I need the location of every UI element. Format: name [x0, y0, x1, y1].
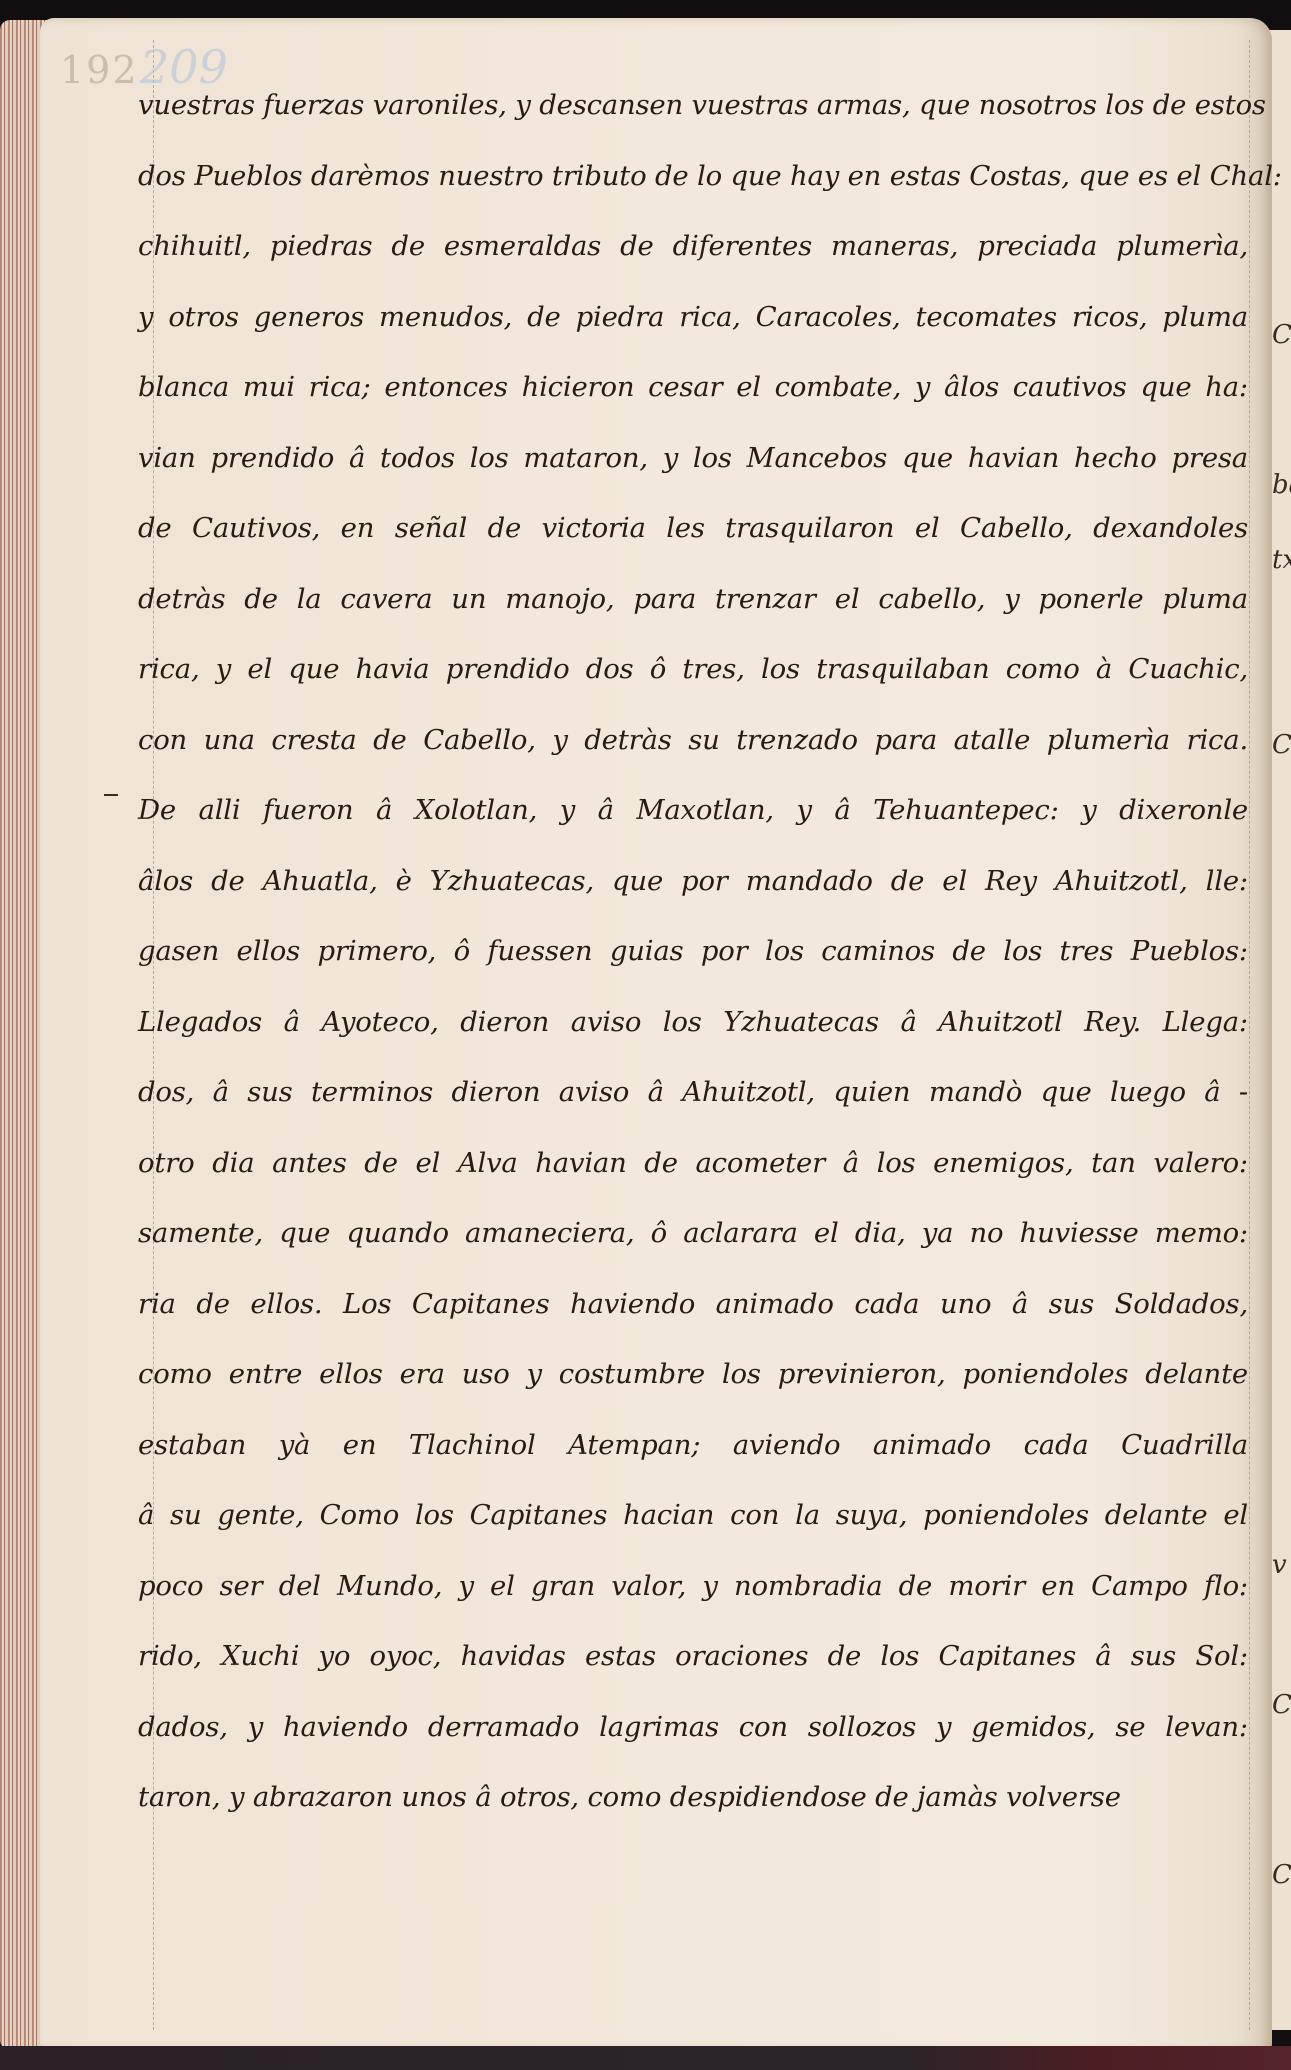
text-line: samente, que quando amaneciera, ô aclara… [138, 1198, 1248, 1269]
manuscript-text: vuestras fuerzas varoniles, y descansen … [138, 70, 1248, 1833]
text-line: dados, y haviendo derramado lagrimas con… [138, 1692, 1248, 1763]
text-line: blanca mui rica; entonces hicieron cesar… [138, 352, 1248, 423]
text-line: dos, â sus terminos dieron aviso â Ahuit… [138, 1057, 1248, 1128]
text-line: De alli fueron â Xolotlan, y â Maxotlan,… [138, 775, 1248, 846]
bottom-binding-cloth [0, 2046, 1291, 2070]
right-margin-rule [1249, 40, 1250, 2030]
text-line: â su gente, Como los Capitanes hacian co… [138, 1480, 1248, 1551]
text-line: poco ser del Mundo, y el gran valor, y n… [138, 1551, 1248, 1622]
facing-glyph: C [1272, 730, 1291, 760]
text-line: como entre ellos era uso y costumbre los… [138, 1339, 1248, 1410]
text-line: chihuitl, piedras de esmeraldas de difer… [138, 211, 1248, 282]
text-line: vuestras fuerzas varoniles, y descansen … [138, 70, 1248, 141]
text-line: ria de ellos. Los Capitanes haviendo ani… [138, 1269, 1248, 1340]
text-line: rido, Xuchi yo oyoc, havidas estas oraci… [138, 1621, 1248, 1692]
text-line: otro dia antes de el Alva havian de acom… [138, 1128, 1248, 1199]
facing-glyph: C [1272, 1860, 1291, 1890]
margin-dash-mark [104, 794, 118, 796]
facing-glyph: v [1272, 1550, 1287, 1580]
text-line: taron, y abrazaron unos â otros, como de… [138, 1762, 1248, 1833]
text-line: con una cresta de Cabello, y detràs su t… [138, 705, 1248, 776]
text-line: vian prendido â todos los mataron, y los… [138, 423, 1248, 494]
text-line: estaban yà en Tlachinol Atempan; aviendo… [138, 1410, 1248, 1481]
text-line: detràs de la cavera un manojo, para tren… [138, 564, 1248, 635]
folio-number: 192 [60, 48, 139, 92]
facing-glyph: C [1272, 1690, 1291, 1720]
facing-glyph: C [1272, 320, 1291, 350]
text-line: dos Pueblos darèmos nuestro tributo de l… [138, 141, 1248, 212]
facing-glyph: ba [1272, 470, 1291, 500]
text-line: de Cautivos, en señal de victoria les tr… [138, 493, 1248, 564]
text-line: Llegados â Ayoteco, dieron aviso los Yzh… [138, 987, 1248, 1058]
text-line: gasen ellos primero, ô fuessen guias por… [138, 916, 1248, 987]
text-line: âlos de Ahuatla, è Yzhuatecas, que por m… [138, 846, 1248, 917]
text-line: y otros generos menudos, de piedra rica,… [138, 282, 1248, 353]
facing-glyph: tx [1272, 545, 1291, 575]
text-line: rica, y el que havia prendido dos ô tres… [138, 634, 1248, 705]
